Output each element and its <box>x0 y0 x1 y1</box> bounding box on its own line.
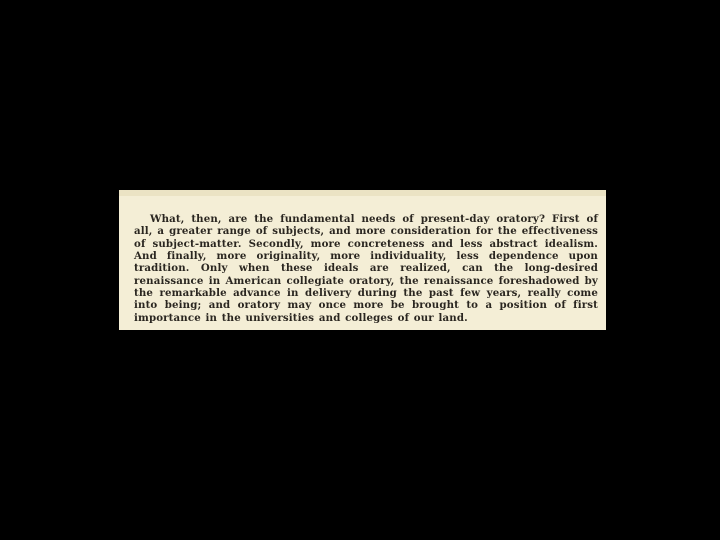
clipping-paragraph: What, then, are the fundamental needs of… <box>134 213 598 324</box>
paper-edge <box>119 190 606 196</box>
newspaper-clipping: What, then, are the fundamental needs of… <box>119 190 606 330</box>
